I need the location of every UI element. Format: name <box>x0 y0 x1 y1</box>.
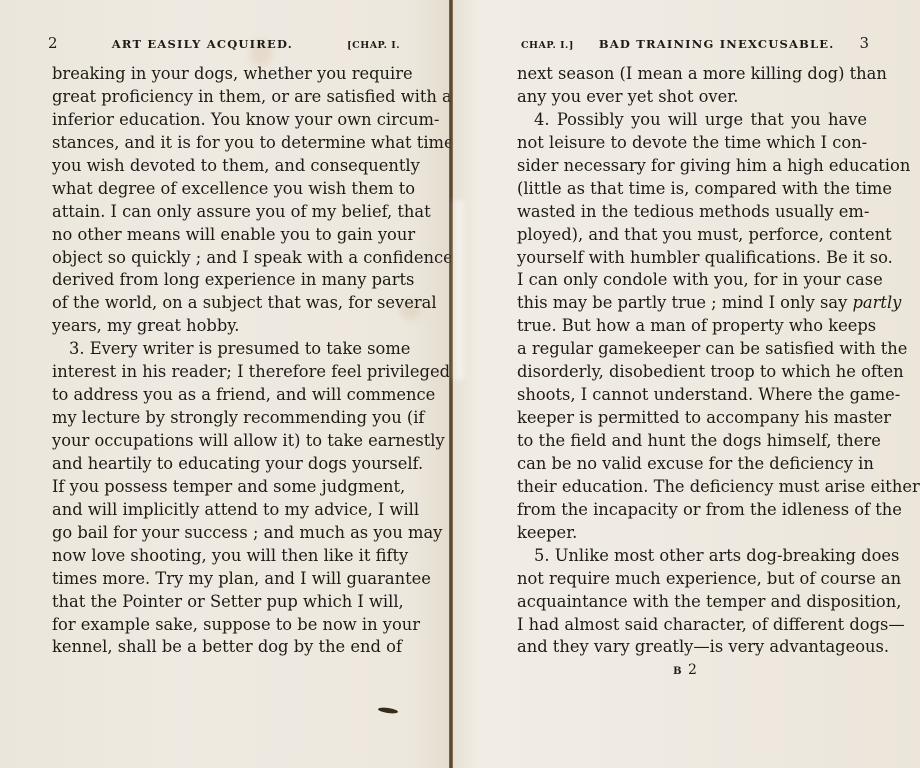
text-line: for example sake, suppose to be now in y… <box>52 614 402 637</box>
text-line: of the world, on a subject that was, for… <box>52 292 402 315</box>
text-line: and heartily to educating your dogs your… <box>52 453 402 476</box>
gutter-highlight <box>454 200 464 380</box>
paragraph-end-line: any you ever yet shot over. <box>517 86 867 109</box>
ink-speck <box>378 707 399 715</box>
text-line: their education. The deficiency must ari… <box>517 476 867 499</box>
text-line: your occupations will allow it) to take … <box>52 430 402 453</box>
text-line: acquaintance with the temper and disposi… <box>517 591 867 614</box>
text-line: wasted in the tedious methods usually em… <box>517 201 867 224</box>
paragraph-end-line: keeper. <box>517 522 867 545</box>
text-line: breaking in your dogs, whether you requi… <box>52 63 402 86</box>
text-line: If you possess temper and some judgment, <box>52 476 402 499</box>
text-line: sider necessary for giving him a high ed… <box>517 155 867 178</box>
text-line: and they vary greatly—is very advantageo… <box>517 636 867 659</box>
text-line: no other means will enable you to gain y… <box>52 224 402 247</box>
paragraph-start-line: 4. Possibly you will urge that you have <box>517 109 867 132</box>
left-page: 2 ART EASILY ACQUIRED. [CHAP. I. breakin… <box>0 0 451 768</box>
text-line: my lecture by strongly recommending you … <box>52 407 402 430</box>
text-line: disorderly, disobedient troop to which h… <box>517 361 867 384</box>
text-line: great proficiency in them, or are satisf… <box>52 86 402 109</box>
chapter-label: CHAP. I.] <box>521 40 574 51</box>
text-line: true. But how a man of property who keep… <box>517 315 867 338</box>
signature-mark: B 2 <box>451 662 920 678</box>
body-text: breaking in your dogs, whether you requi… <box>52 63 402 659</box>
running-title: BAD TRAINING INEXCUSABLE. <box>574 37 860 51</box>
text-line: I can only condole with you, for in your… <box>517 269 867 292</box>
text-line: derived from long experience in many par… <box>52 269 402 292</box>
text-line: stances, and it is for you to determine … <box>52 132 402 155</box>
text-line: next season (I mean a more killing dog) … <box>517 63 867 86</box>
page-number: 3 <box>859 34 869 52</box>
text-line: keeper is permitted to accompany his mas… <box>517 407 867 430</box>
text-line: from the incapacity or from the idleness… <box>517 499 867 522</box>
text-line: what degree of excellence you wish them … <box>52 178 402 201</box>
running-head: CHAP. I.] BAD TRAINING INEXCUSABLE. 3 <box>521 34 869 52</box>
text-line: to the field and hunt the dogs himself, … <box>517 430 867 453</box>
signature-letter: B <box>673 666 682 677</box>
paragraph-start-line: 5. Unlike most other arts dog-breaking d… <box>517 545 867 568</box>
text-line: inferior education. You know your own ci… <box>52 109 402 132</box>
running-title: ART EASILY ACQUIRED. <box>58 37 348 51</box>
text-line: you wish devoted to them, and consequent… <box>52 155 402 178</box>
text-line: and will implicitly attend to my advice,… <box>52 499 402 522</box>
text-line: attain. I can only assure you of my beli… <box>52 201 402 224</box>
text-line: kennel, shall be a better dog by the end… <box>52 636 402 659</box>
signature-number: 2 <box>688 662 698 678</box>
text-line: times more. Try my plan, and I will guar… <box>52 568 402 591</box>
chapter-label: [CHAP. I. <box>347 40 400 51</box>
text-line: interest in his reader; I therefore feel… <box>52 361 402 384</box>
line-text: this may be partly true ; mind I only sa… <box>517 293 847 312</box>
book-spine-gutter <box>449 0 453 768</box>
paragraph-end-line: years, my great hobby. <box>52 315 402 338</box>
paragraph-start-line: 3. Every writer is presumed to take some <box>52 338 402 361</box>
running-head: 2 ART EASILY ACQUIRED. [CHAP. I. <box>48 34 400 52</box>
text-line: ployed), and that you must, perforce, co… <box>517 224 867 247</box>
text-line: now love shooting, you will then like it… <box>52 545 402 568</box>
text-line: I had almost said character, of differen… <box>517 614 867 637</box>
text-line: shoots, I cannot understand. Where the g… <box>517 384 867 407</box>
text-line: not leisure to devote the time which I c… <box>517 132 867 155</box>
text-line: object so quickly ; and I speak with a c… <box>52 247 402 270</box>
text-line: go bail for your success ; and much as y… <box>52 522 402 545</box>
page-number: 2 <box>48 34 58 52</box>
text-line-with-italic: this may be partly true ; mind I only sa… <box>517 292 867 315</box>
text-line: a regular gamekeeper can be satisfied wi… <box>517 338 867 361</box>
text-line: yourself with humbler qualifications. Be… <box>517 247 867 270</box>
body-text: next season (I mean a more killing dog) … <box>517 63 867 659</box>
right-page: CHAP. I.] BAD TRAINING INEXCUSABLE. 3 ne… <box>451 0 920 768</box>
text-line: not require much experience, but of cour… <box>517 568 867 591</box>
text-line: can be no valid excuse for the deficienc… <box>517 453 867 476</box>
text-line: to address you as a friend, and will com… <box>52 384 402 407</box>
italic-emphasis: partly <box>853 293 902 312</box>
text-line: (little as that time is, compared with t… <box>517 178 867 201</box>
text-line: that the Pointer or Setter pup which I w… <box>52 591 402 614</box>
